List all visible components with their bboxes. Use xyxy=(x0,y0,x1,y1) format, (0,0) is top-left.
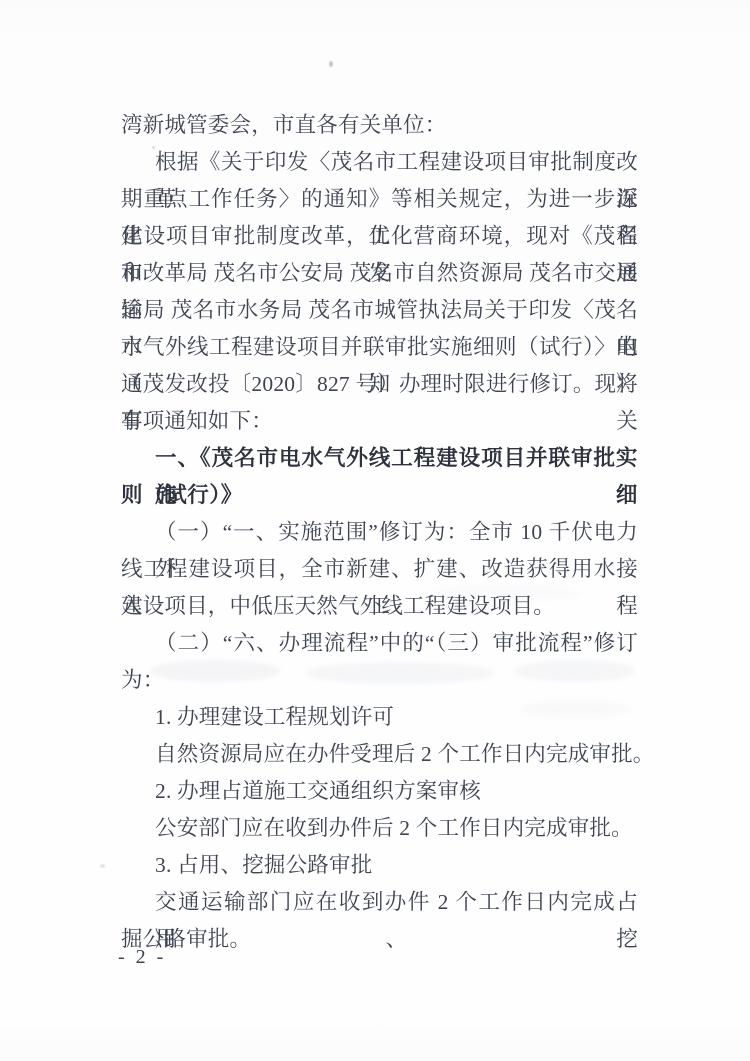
text-line: 公安部门应在收到办件后 2 个工作日内完成审批。 xyxy=(121,810,638,847)
text-line: 根据《关于印发〈茂名市工程建设项目审批制度改革近 xyxy=(121,144,638,181)
text-line: （一）“一、实施范围”修订为：全市 10 千伏电力外 xyxy=(121,514,638,551)
scanned-document-page: 湾新城管委会，市直各有关单位：根据《关于印发〈茂名市工程建设项目审批制度改革近期… xyxy=(0,0,750,1061)
scan-speck xyxy=(100,864,105,868)
text-line: 一、《茂名市电水气外线工程建设项目并联审批实施细 xyxy=(121,440,638,477)
text-line: 1. 办理建设工程规划许可 xyxy=(121,699,638,736)
text-line: （二）“六、办理流程”中的“（三）审批流程”修订 xyxy=(121,625,638,662)
text-line: 期重点工作任务〉的通知》等相关规定，为进一步深化工程 xyxy=(121,181,638,218)
text-line: 2. 办理占道施工交通组织方案审核 xyxy=(121,773,638,810)
scan-speck xyxy=(329,61,333,67)
text-line: 线工程建设项目，全市新建、扩建、改造获得用水接入工程 xyxy=(121,551,638,588)
text-line: 输局 茂名市水务局 茂名市城管执法局关于印发〈茂名市电 xyxy=(121,292,638,329)
text-line: 为： xyxy=(121,662,638,699)
text-line: 湾新城管委会，市直各有关单位： xyxy=(121,107,638,144)
text-line: 和改革局 茂名市公安局 茂名市自然资源局 茂名市交通运 xyxy=(121,255,638,292)
document-body: 湾新城管委会，市直各有关单位：根据《关于印发〈茂名市工程建设项目审批制度改革近期… xyxy=(121,107,638,958)
text-line: 自然资源局应在办件受理后 2 个工作日内完成审批。 xyxy=(121,736,638,773)
text-line: 3. 占用、挖掘公路审批 xyxy=(121,847,638,884)
page-number: - 2 - xyxy=(118,944,166,970)
text-line: （茂发改投〔2020〕827 号）办理时限进行修订。现将有关 xyxy=(121,366,638,403)
text-line: 水气外线工程建设项目并联审批实施细则（试行）〉的通知》 xyxy=(121,329,638,366)
text-line: 交通运输部门应在收到办件 2 个工作日内完成占用、挖 xyxy=(121,884,638,921)
text-line: 建设项目审批制度改革，优化营商环境，现对《茂名市发展 xyxy=(121,218,638,255)
